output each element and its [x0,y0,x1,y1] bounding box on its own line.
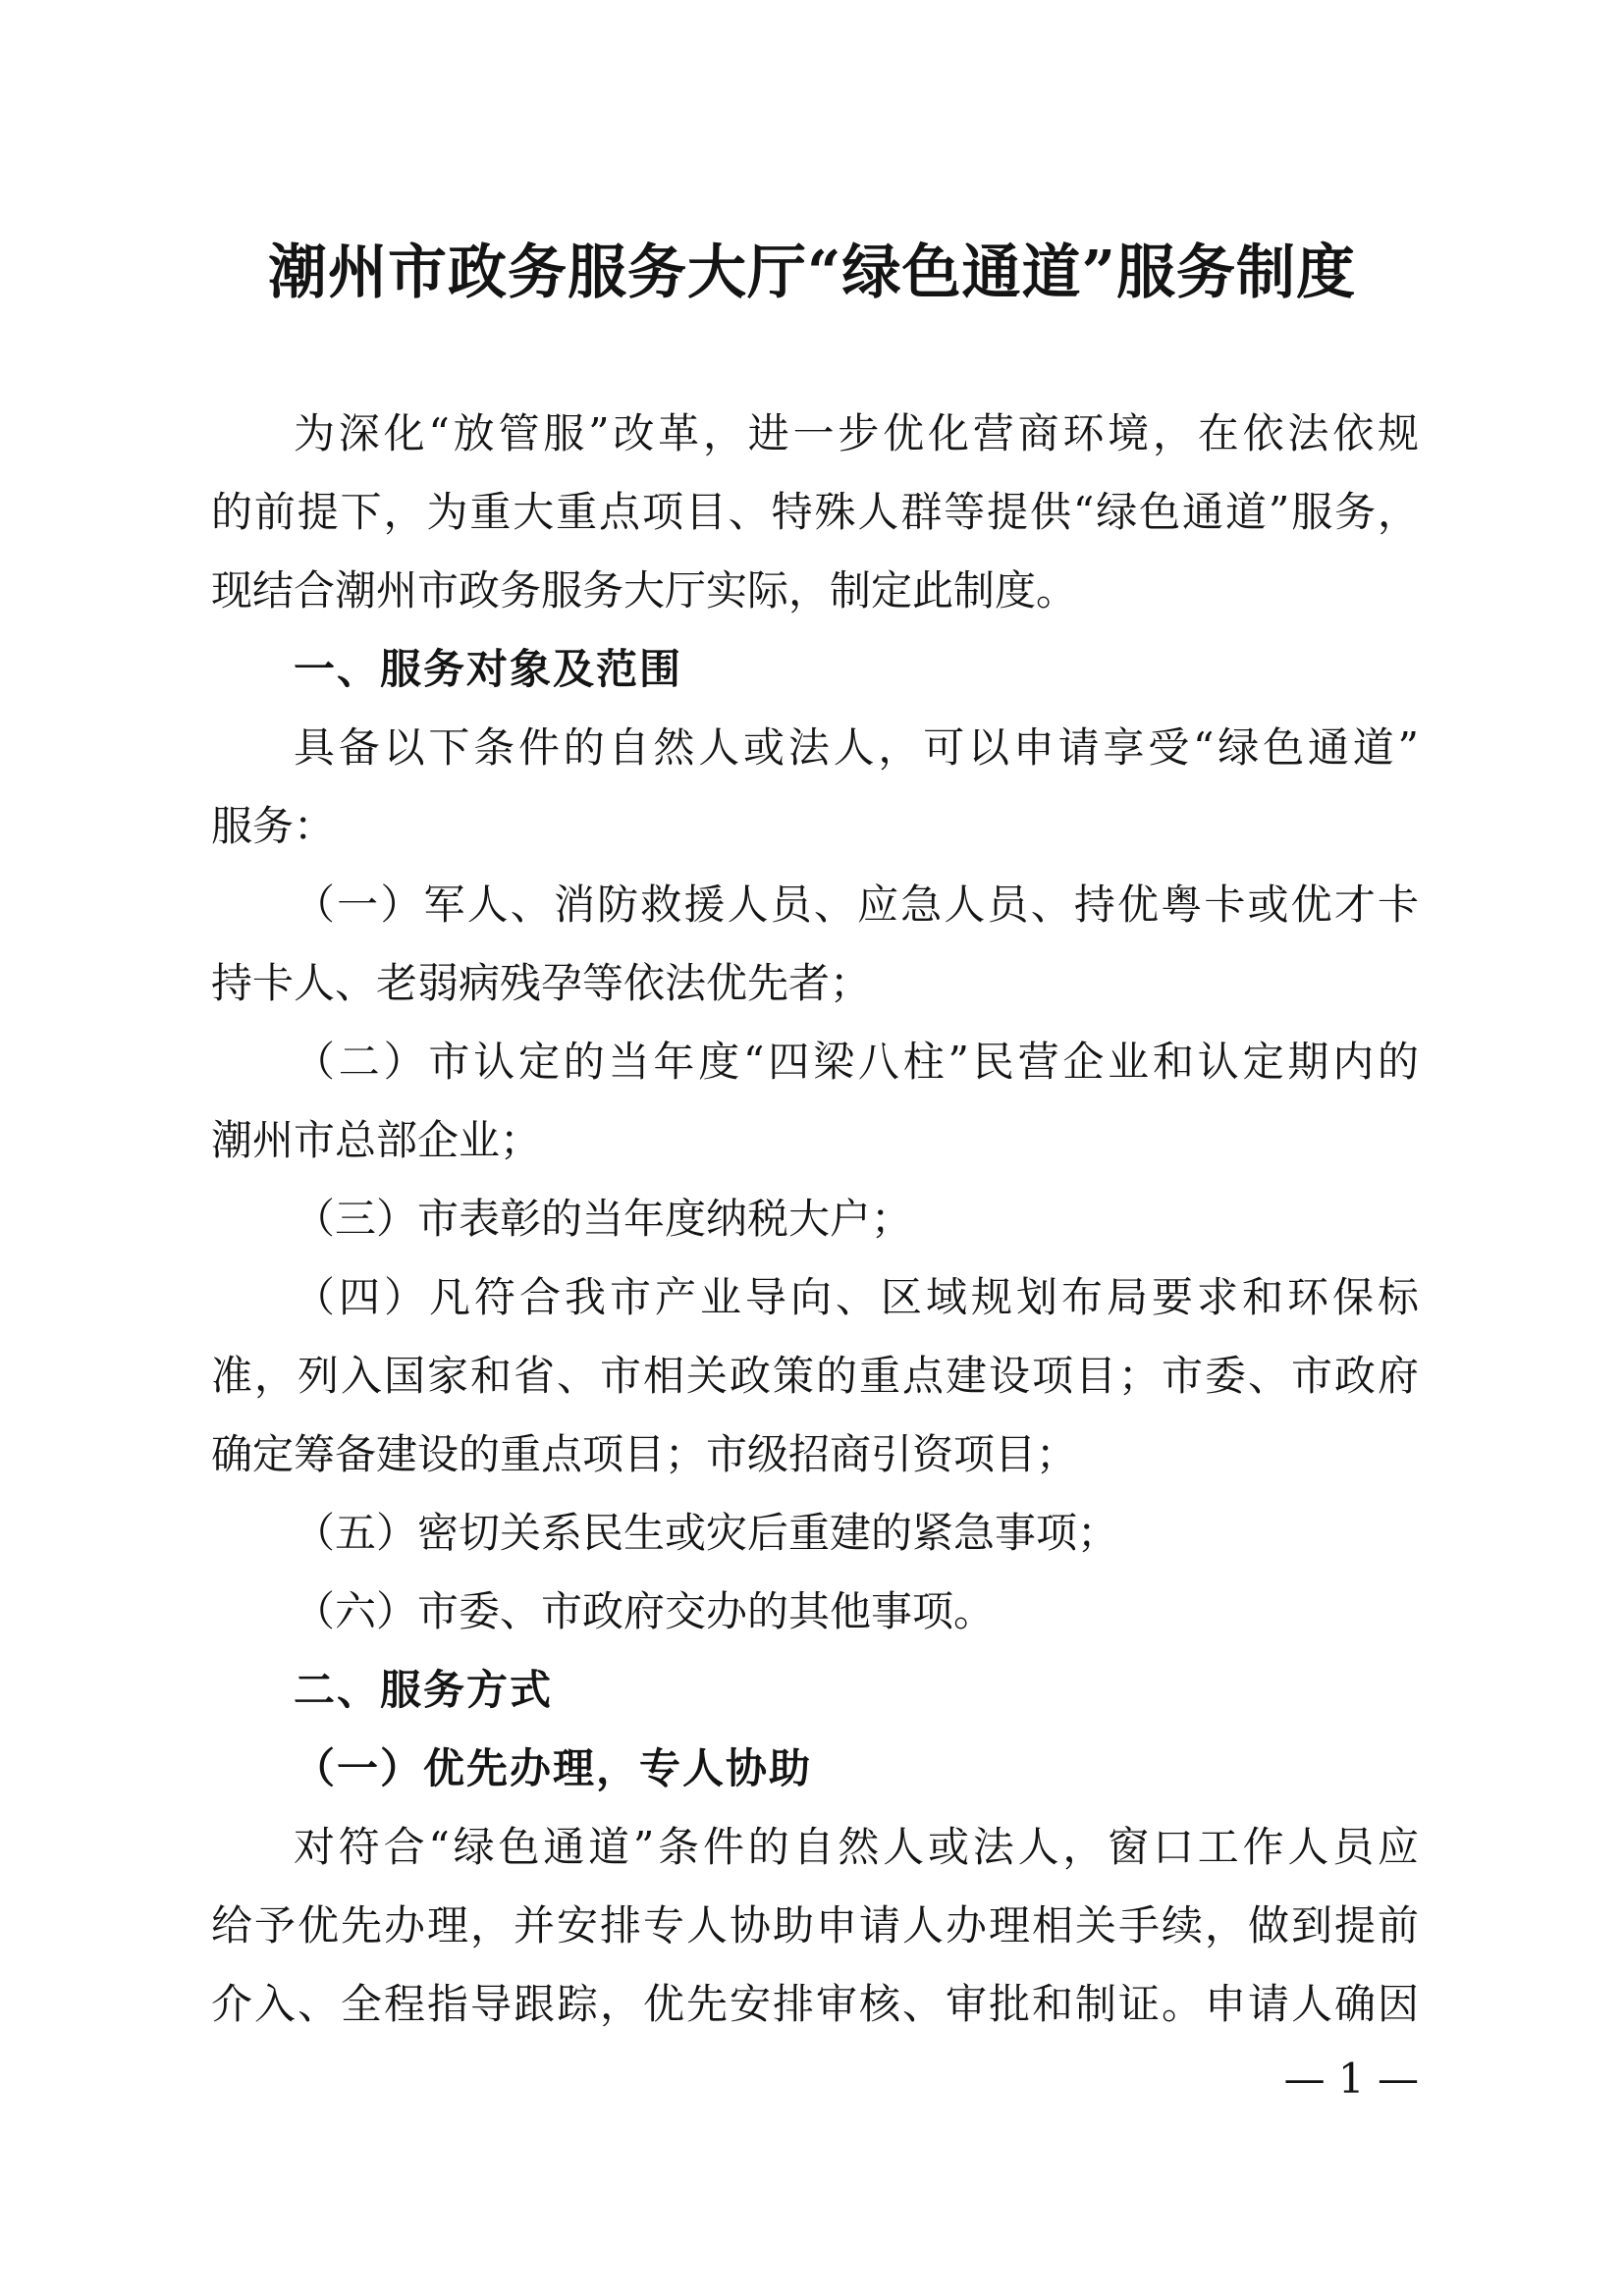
document-title: 潮州市政务服务大厅“绿色通道”服务制度 [0,228,1624,318]
body-line: 介入、全程指导跟踪，优先安排审核、审批和制证。申请人确因 [211,1965,1419,2044]
body-line: （三）市表彰的当年度纳税大户； [211,1180,1419,1258]
document-body: 为深化“放管服”改革，进一步优化营商环境，在依法依规 的前提下，为重大重点项目、… [211,395,1419,2044]
body-line: （六）市委、市政府交办的其他事项。 [211,1573,1419,1651]
body-line: 的前提下，为重大重点项目、特殊人群等提供“绿色通道”服务， [211,473,1419,552]
document-page: 潮州市政务服务大厅“绿色通道”服务制度 为深化“放管服”改革，进一步优化营商环境… [0,0,1624,2296]
section-heading: 二、服务方式 [211,1651,1419,1730]
body-line: （一）军人、消防救援人员、应急人员、持优粤卡或优才卡 [211,866,1419,944]
body-line: 确定筹备建设的重点项目；市级招商引资项目； [211,1415,1419,1494]
body-line: （二）市认定的当年度“四梁八柱”民营企业和认定期内的 [211,1023,1419,1101]
section-heading: 一、服务对象及范围 [211,630,1419,709]
body-line: 现结合潮州市政务服务大厅实际，制定此制度。 [211,552,1419,630]
page-number: — 1 — [1284,2050,1419,2109]
body-line: （四）凡符合我市产业导向、区域规划布局要求和环保标 [211,1258,1419,1337]
body-line: 潮州市总部企业； [211,1101,1419,1180]
body-line: 为深化“放管服”改革，进一步优化营商环境，在依法依规 [211,395,1419,473]
body-line: 对符合“绿色通道”条件的自然人或法人，窗口工作人员应 [211,1808,1419,1887]
sub-heading: （一）优先办理，专人协助 [211,1730,1419,1808]
body-line: 给予优先办理，并安排专人协助申请人办理相关手续，做到提前 [211,1887,1419,1965]
body-line: 具备以下条件的自然人或法人，可以申请享受“绿色通道” [211,709,1419,787]
body-line: 持卡人、老弱病残孕等依法优先者； [211,944,1419,1023]
body-line: 服务： [211,787,1419,866]
body-line: （五）密切关系民生或灾后重建的紧急事项； [211,1494,1419,1573]
body-line: 准，列入国家和省、市相关政策的重点建设项目；市委、市政府 [211,1337,1419,1415]
